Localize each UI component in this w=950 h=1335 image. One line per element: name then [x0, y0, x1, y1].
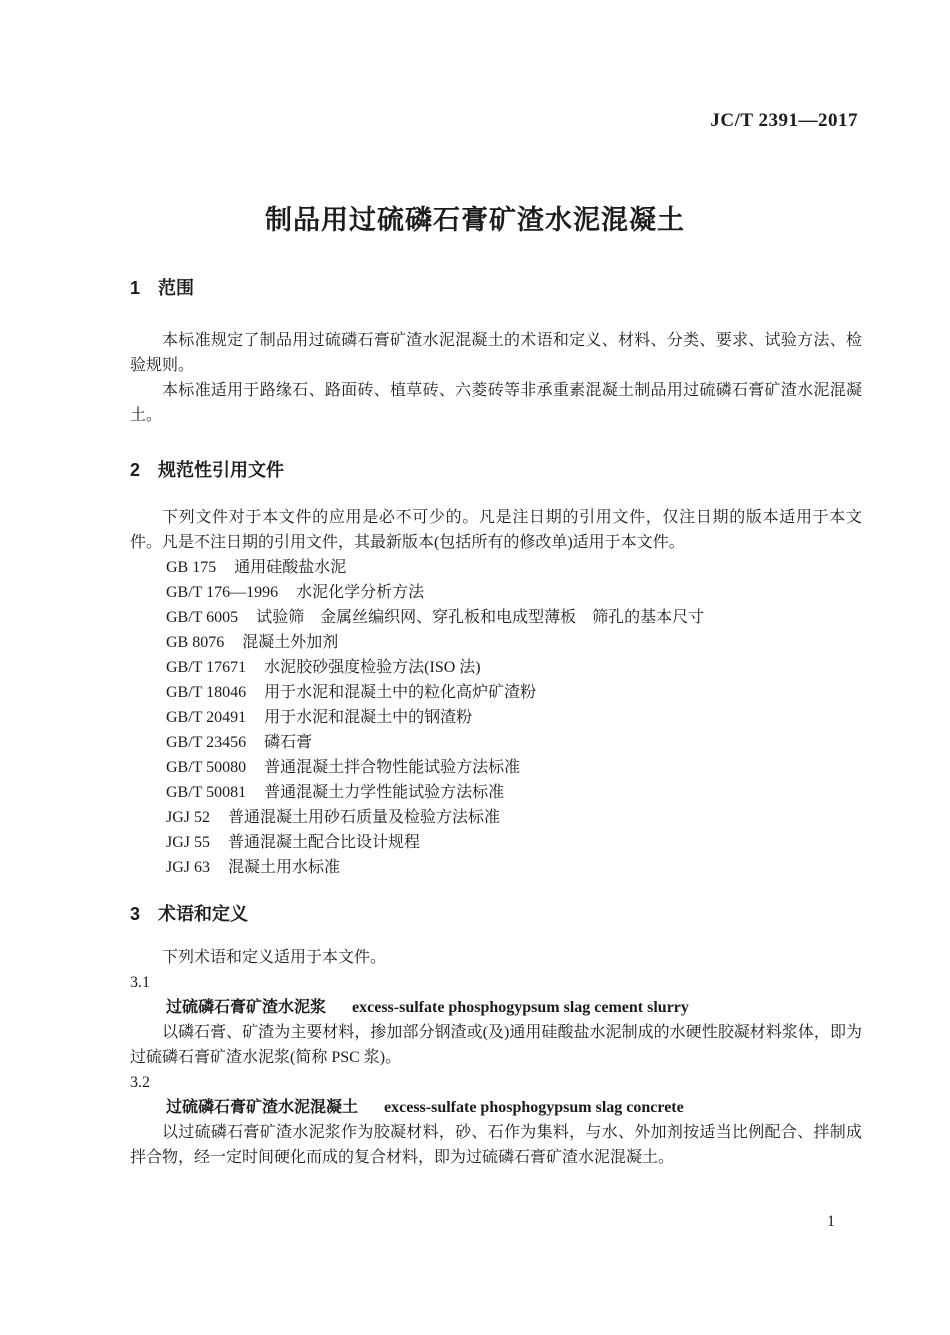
- reference-title: 通用硅酸盐水泥: [234, 559, 346, 576]
- reference-item: GB/T 50080普通混凝土拌合物性能试验方法标准: [130, 755, 862, 780]
- document-title: 制品用过硫磷石膏矿渣水泥混凝土: [0, 198, 950, 237]
- reference-title: 普通混凝土配合比设计规程: [228, 834, 420, 851]
- section-2-title: 规范性引用文件: [158, 460, 284, 480]
- reference-title: 试验筛 金属丝编织网、穿孔板和电成型薄板 筛孔的基本尺寸: [256, 609, 704, 626]
- reference-code: GB/T 50080: [166, 755, 246, 780]
- reference-title: 磷石膏: [264, 734, 312, 751]
- reference-title: 普通混凝土用砂石质量及检验方法标准: [228, 809, 500, 826]
- standard-number: JC/T 2391—2017: [710, 110, 858, 132]
- reference-list: GB 175通用硅酸盐水泥 GB/T 176—1996水泥化学分析方法 GB/T…: [130, 555, 862, 880]
- reference-title: 普通混凝土力学性能试验方法标准: [264, 784, 504, 801]
- term-number: 3.1: [130, 970, 862, 995]
- reference-code: GB/T 176—1996: [166, 580, 278, 605]
- scope-paragraph-2: 本标准适用于路缘石、路面砖、植草砖、六菱砖等非承重素混凝土制品用过硫磷石膏矿渣水…: [130, 378, 862, 428]
- section-2-number: 2: [130, 458, 140, 483]
- reference-code: GB/T 6005: [166, 605, 238, 630]
- reference-code: JGJ 55: [166, 830, 210, 855]
- section-3-heading: 3术语和定义: [130, 902, 862, 927]
- reference-code: GB/T 20491: [166, 705, 246, 730]
- terms-intro: 下列术语和定义适用于本文件。: [130, 945, 862, 970]
- section-2-heading: 2规范性引用文件: [130, 458, 862, 483]
- term-definition: 以磷石膏、矿渣为主要材料，掺加部分钢渣或(及)通用硅酸盐水泥制成的水硬性胶凝材料…: [130, 1020, 862, 1070]
- references-intro: 下列文件对于本文件的应用是必不可少的。凡是注日期的引用文件，仅注日期的版本适用于…: [130, 505, 862, 555]
- term-entry: 3.1 过硫磷石膏矿渣水泥浆excess-sulfate phosphogyps…: [130, 970, 862, 1070]
- reference-code: JGJ 63: [166, 855, 210, 880]
- term-name-english: excess-sulfate phosphogypsum slag cement…: [352, 999, 689, 1016]
- reference-item: GB 8076混凝土外加剂: [130, 630, 862, 655]
- term-definition: 以过硫磷石膏矿渣水泥浆作为胶凝材料，砂、石作为集料，与水、外加剂按适当比例配合、…: [130, 1120, 862, 1170]
- term-entry: 3.2 过硫磷石膏矿渣水泥混凝土excess-sulfate phosphogy…: [130, 1070, 862, 1170]
- reference-item: JGJ 63混凝土用水标准: [130, 855, 862, 880]
- reference-title: 用于水泥和混凝土中的粒化高炉矿渣粉: [264, 684, 536, 701]
- reference-item: GB/T 50081普通混凝土力学性能试验方法标准: [130, 780, 862, 805]
- section-3-number: 3: [130, 902, 140, 927]
- reference-item: JGJ 55普通混凝土配合比设计规程: [130, 830, 862, 855]
- term-name-english: excess-sulfate phosphogypsum slag concre…: [384, 1099, 684, 1116]
- reference-title: 普通混凝土拌合物性能试验方法标准: [264, 759, 520, 776]
- page-number: 1: [827, 1213, 835, 1231]
- reference-code: JGJ 52: [166, 805, 210, 830]
- term-name-chinese: 过硫磷石膏矿渣水泥浆: [166, 999, 326, 1016]
- reference-item: GB/T 176—1996水泥化学分析方法: [130, 580, 862, 605]
- reference-code: GB 175: [166, 555, 216, 580]
- reference-item: GB/T 17671水泥胶砂强度检验方法(ISO 法): [130, 655, 862, 680]
- term-number: 3.2: [130, 1070, 862, 1095]
- reference-title: 水泥化学分析方法: [296, 584, 424, 601]
- section-3-title: 术语和定义: [158, 904, 248, 924]
- term-name-chinese: 过硫磷石膏矿渣水泥混凝土: [166, 1099, 358, 1116]
- reference-item: GB/T 23456磷石膏: [130, 730, 862, 755]
- reference-title: 混凝土外加剂: [242, 634, 338, 651]
- section-1-title: 范围: [158, 278, 194, 298]
- reference-title: 混凝土用水标准: [228, 859, 340, 876]
- term-name-line: 过硫磷石膏矿渣水泥混凝土excess-sulfate phosphogypsum…: [130, 1095, 862, 1120]
- reference-code: GB/T 50081: [166, 780, 246, 805]
- document-body: 1范围 本标准规定了制品用过硫磷石膏矿渣水泥混凝土的术语和定义、材料、分类、要求…: [130, 276, 862, 1170]
- reference-item: GB 175通用硅酸盐水泥: [130, 555, 862, 580]
- section-1-number: 1: [130, 276, 140, 301]
- reference-item: JGJ 52普通混凝土用砂石质量及检验方法标准: [130, 805, 862, 830]
- reference-item: GB/T 18046用于水泥和混凝土中的粒化高炉矿渣粉: [130, 680, 862, 705]
- term-name-line: 过硫磷石膏矿渣水泥浆excess-sulfate phosphogypsum s…: [130, 995, 862, 1020]
- section-1-heading: 1范围: [130, 276, 862, 301]
- reference-item: GB/T 20491用于水泥和混凝土中的钢渣粉: [130, 705, 862, 730]
- scope-paragraph-1: 本标准规定了制品用过硫磷石膏矿渣水泥混凝土的术语和定义、材料、分类、要求、试验方…: [130, 328, 862, 378]
- document-page: JC/T 2391—2017 制品用过硫磷石膏矿渣水泥混凝土 1范围 本标准规定…: [0, 0, 950, 1335]
- reference-code: GB/T 18046: [166, 680, 246, 705]
- reference-code: GB/T 23456: [166, 730, 246, 755]
- reference-code: GB 8076: [166, 630, 224, 655]
- reference-title: 用于水泥和混凝土中的钢渣粉: [264, 709, 472, 726]
- reference-item: GB/T 6005试验筛 金属丝编织网、穿孔板和电成型薄板 筛孔的基本尺寸: [130, 605, 862, 630]
- reference-title: 水泥胶砂强度检验方法(ISO 法): [264, 659, 480, 676]
- reference-code: GB/T 17671: [166, 655, 246, 680]
